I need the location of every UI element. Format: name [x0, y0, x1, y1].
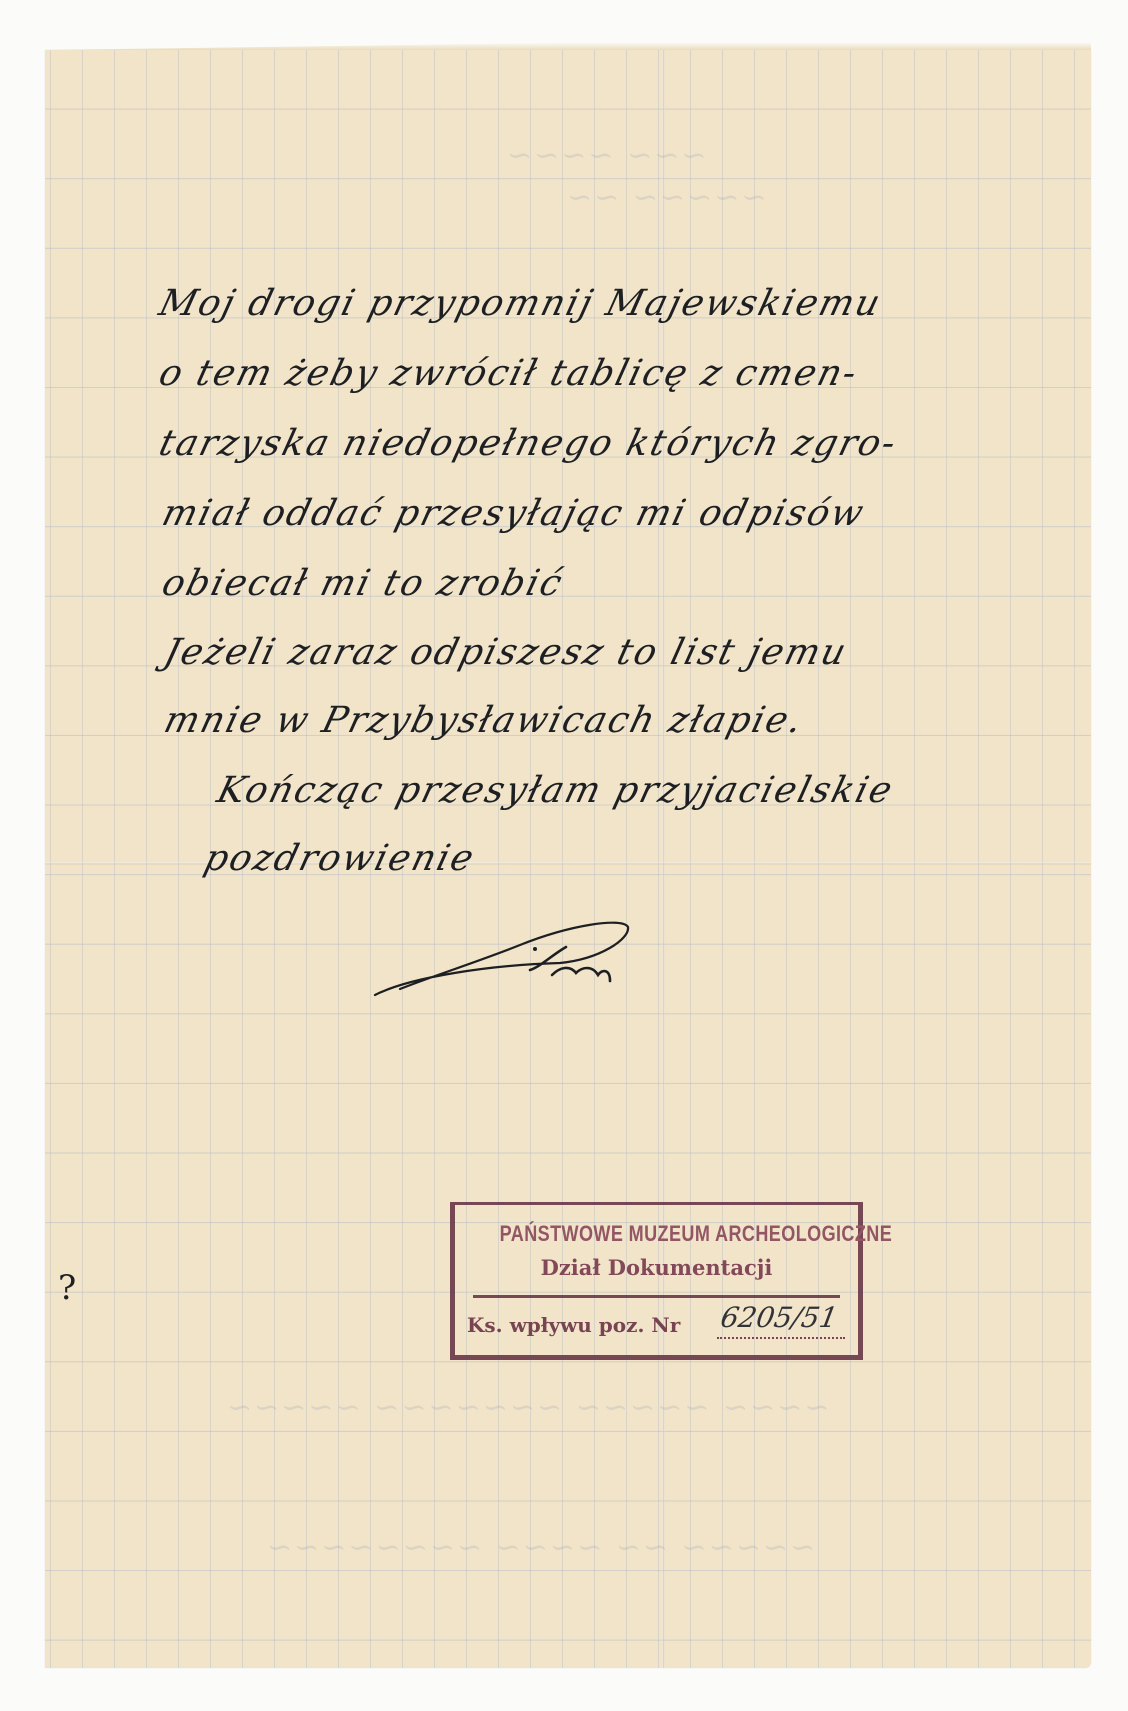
horizontal-fold	[45, 862, 1091, 866]
stamp-register-label: Ks. wpływu poz. Nr	[467, 1313, 680, 1337]
stamp-department: Dział Dokumentacji	[455, 1255, 858, 1280]
signature-icon	[370, 915, 660, 1005]
letter-line-1: Moj drogi przypomnij Majewskiemu	[155, 283, 886, 324]
letter-line-7: mnie w Przybysławicach złapie.	[160, 700, 808, 741]
letter-line-9: pozdrowienie	[200, 838, 479, 879]
letter-line-4: miał oddać przesyłając mi odpisów	[158, 493, 869, 534]
margin-question-mark: ?	[58, 1268, 76, 1308]
stamp-register-number: 6205/51	[718, 1301, 840, 1334]
letter-line-8: Kończąc przesyłam przyjacielskie	[213, 770, 898, 811]
bleed-through-text: ​~~~~ ~~~~~ ~~~~~~~ ~~~~~	[225, 1390, 829, 1425]
stamp-divider	[473, 1295, 840, 1298]
stamp-dotted-line	[717, 1337, 845, 1339]
letter-line-6: Jeżeli zaraz odpiszesz to list jemu	[160, 632, 852, 673]
stamp-institution: PAŃSTWOWE MUZEUM ARCHEOLOGICZNE	[500, 1221, 816, 1247]
bleed-through-text: ​~~~~~ ~~ ~~~~ ~~~~~~~~	[265, 1530, 815, 1565]
letter-line-3: tarzyska niedopełnego których zgro-	[155, 423, 902, 464]
archive-stamp: PAŃSTWOWE MUZEUM ARCHEOLOGICZNE Dział Do…	[450, 1202, 863, 1360]
letter-line-5: obiecał mi to zrobić	[158, 563, 568, 604]
bleed-through-text: ​~~~~~ ~~	[565, 180, 767, 215]
letter-line-2: o tem żeby zwrócił tablicę z cmen-	[155, 353, 863, 394]
bleed-through-text: ​~~~ ~~~~	[505, 138, 707, 173]
